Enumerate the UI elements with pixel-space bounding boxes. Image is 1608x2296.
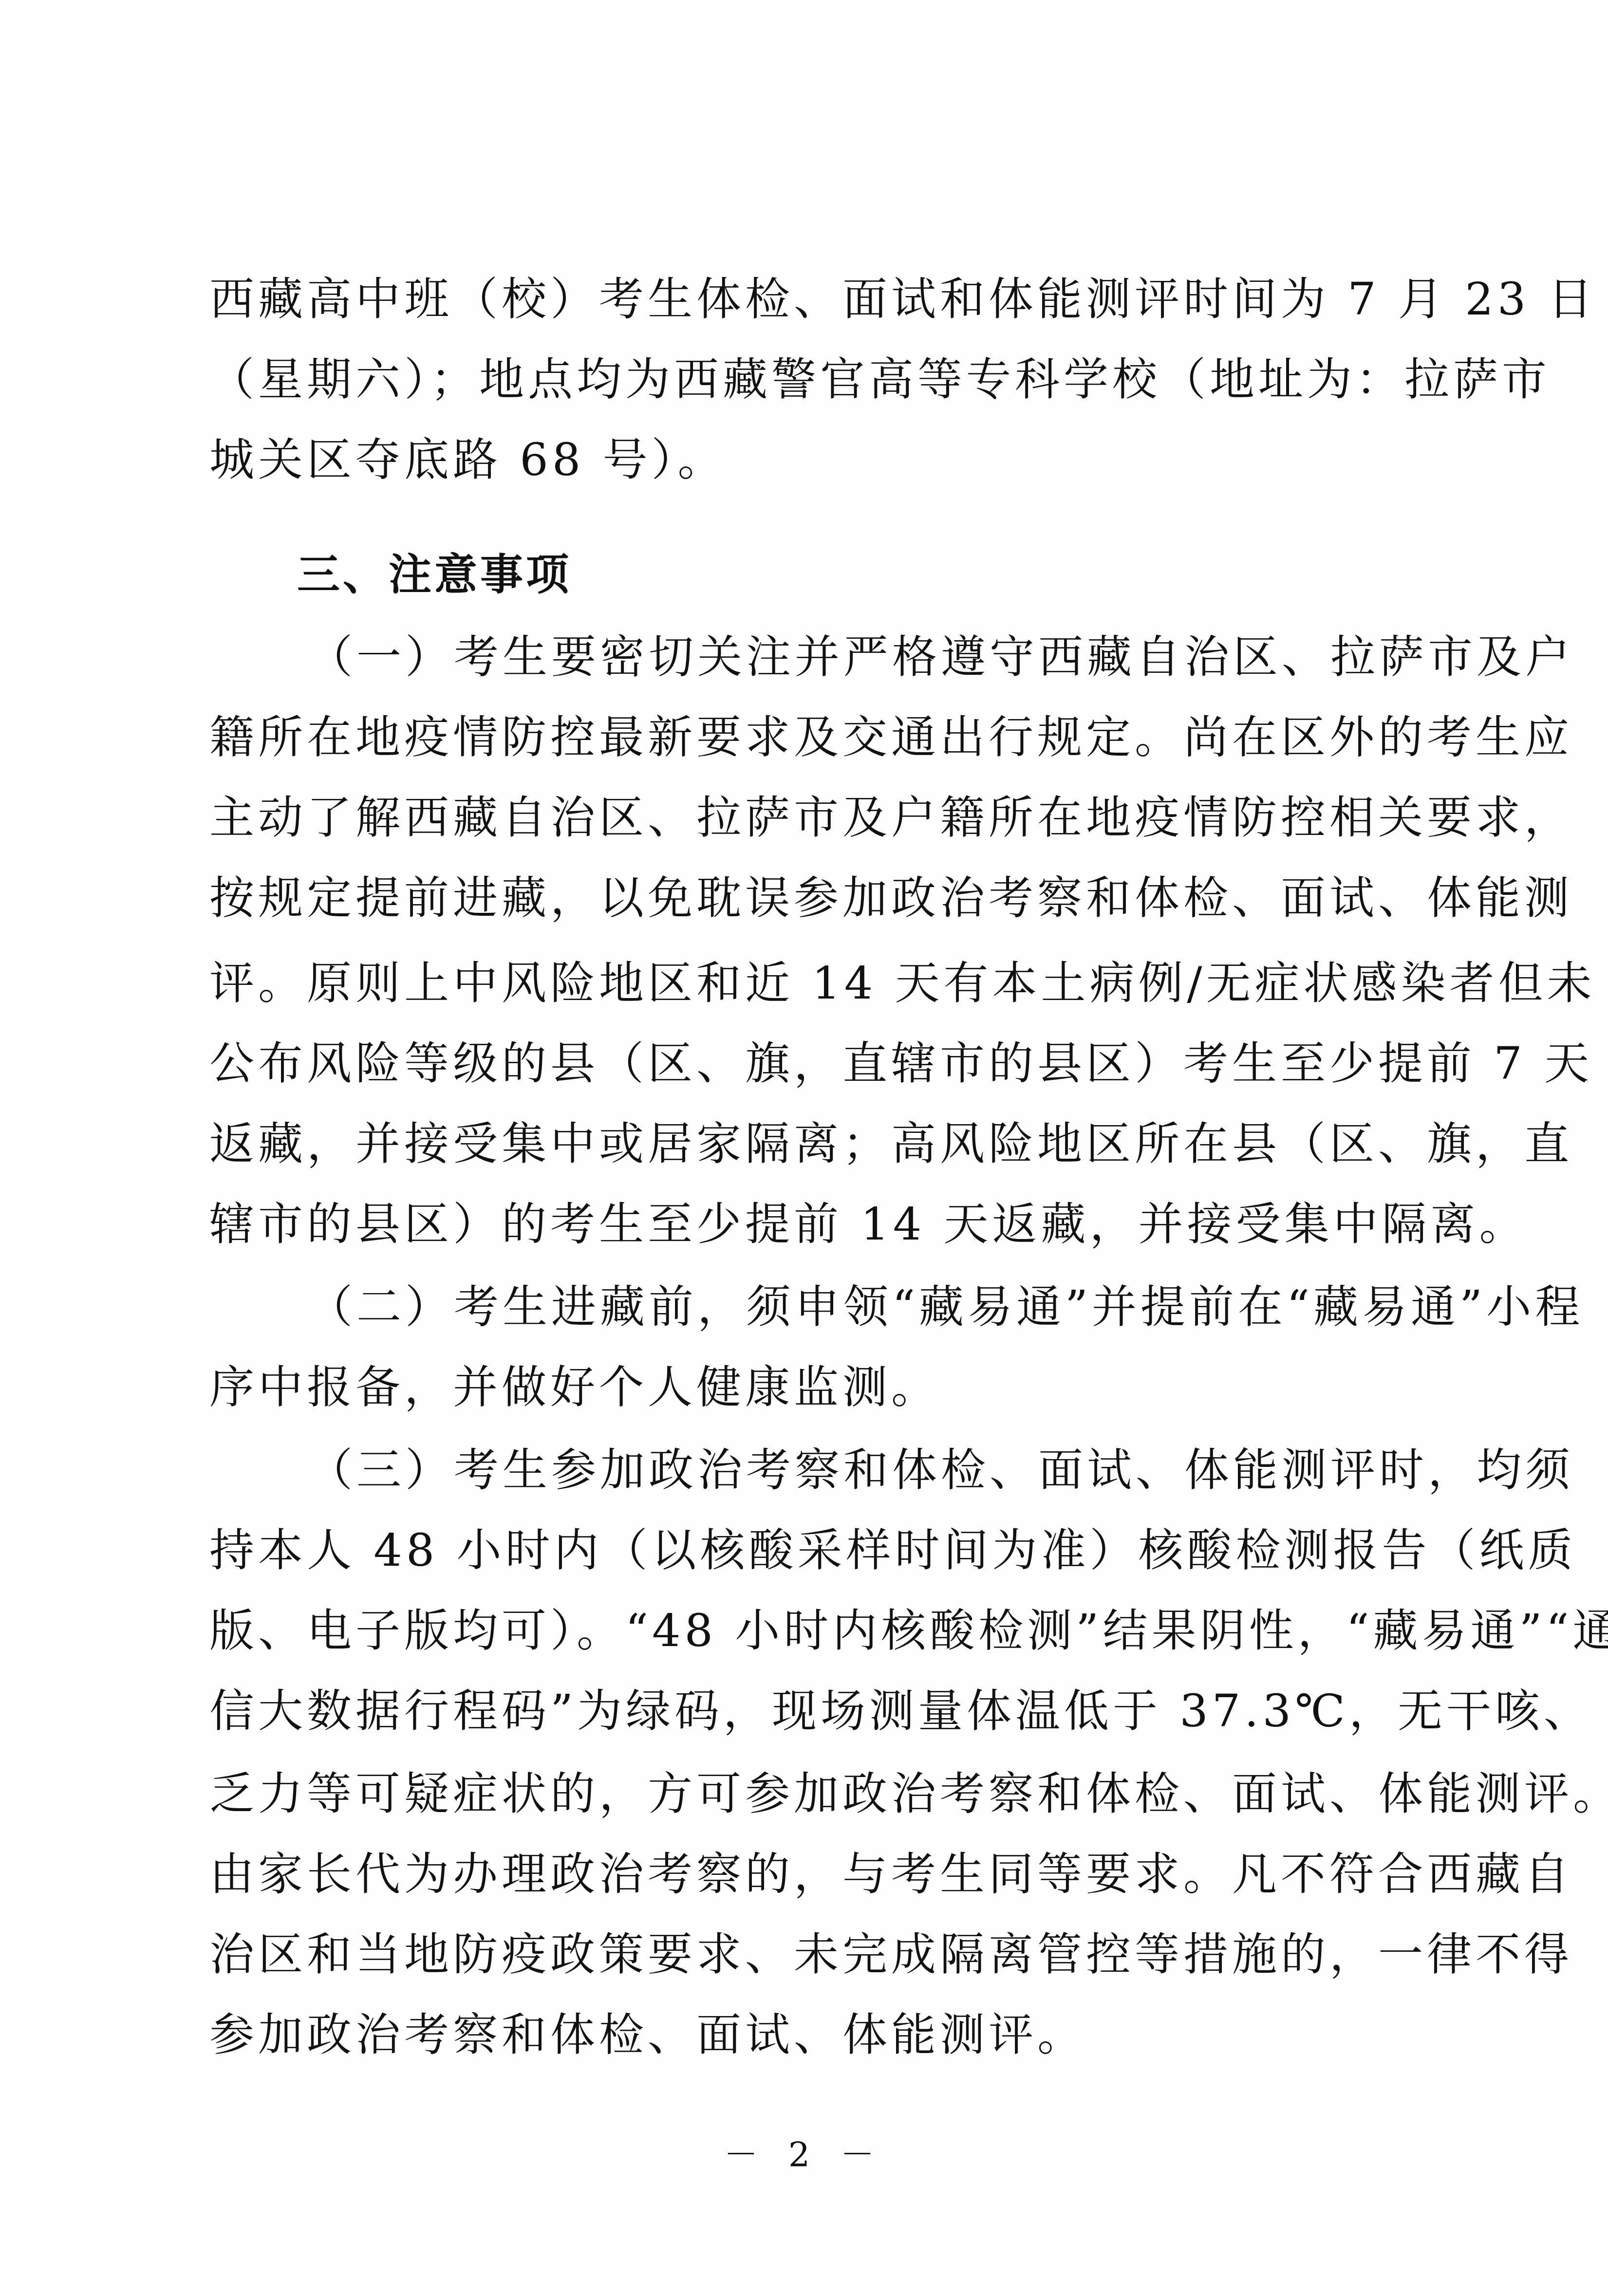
- paragraph-line: 信大数据行程码”为绿码，现场测量体温低于 37.3℃，无干咳、: [209, 1682, 1402, 1741]
- paragraph-line: 版、电子版均可）。“48 小时内核酸检测”结果阴性，“藏易通”“通: [209, 1602, 1402, 1660]
- paragraph-line: 治区和当地防疫政策要求、未完成隔离管控等措施的，一律不得: [209, 1926, 1402, 1984]
- section-heading: 三、注意事项: [297, 545, 572, 604]
- paragraph-line: 序中报备，并做好个人健康监测。: [209, 1358, 1402, 1417]
- paragraph-line: 持本人 48 小时内（以核酸采样时间为准）核酸检测报告（纸质: [209, 1521, 1402, 1580]
- paragraph-line: 西藏高中班（校）考生体检、面试和体能测评时间为 7 月 23 日: [209, 270, 1402, 329]
- paragraph-line: （二）考生进藏前，须申领“藏易通”并提前在“藏易通”小程: [308, 1278, 1402, 1336]
- paragraph-line: 评。原则上中风险地区和近 14 天有本土病例/无症状感染者但未: [209, 954, 1402, 1013]
- paragraph-line: （星期六）；地点均为西藏警官高等专科学校（地址为：拉萨市: [209, 351, 1402, 409]
- paragraph-line: 乏力等可疑症状的，方可参加政治考察和体检、面试、体能测评。: [209, 1765, 1402, 1823]
- paragraph-line: （三）考生参加政治考察和体检、面试、体能测评时，均须: [308, 1441, 1402, 1500]
- paragraph-line: 公布风险等级的县（区、旗，直辖市的县区）考生至少提前 7 天: [209, 1035, 1402, 1093]
- paragraph-line: 主动了解西藏自治区、拉萨市及户籍所在地疫情防控相关要求，: [209, 789, 1402, 847]
- document-page: 西藏高中班（校）考生体检、面试和体能测评时间为 7 月 23 日 （星期六）；地…: [0, 0, 1608, 2296]
- paragraph-line: 返藏，并接受集中或居家隔离；高风险地区所在县（区、旗，直: [209, 1115, 1402, 1173]
- paragraph-line: 辖市的县区）的考生至少提前 14 天返藏，并接受集中隔离。: [209, 1195, 1402, 1254]
- paragraph-line: 按规定提前进藏，以免耽误参加政治考察和体检、面试、体能测: [209, 869, 1402, 927]
- paragraph-line: （一）考生要密切关注并严格遵守西藏自治区、拉萨市及户: [308, 628, 1402, 686]
- paragraph-line: 由家长代为办理政治考察的，与考生同等要求。凡不符合西藏自: [209, 1845, 1402, 1904]
- paragraph-line: 城关区夺底路 68 号）。: [209, 431, 1402, 489]
- paragraph-line: 参加政治考察和体检、面试、体能测评。: [209, 2006, 1402, 2064]
- page-number: － 2 －: [0, 2128, 1608, 2177]
- paragraph-line: 籍所在地疫情防控最新要求及交通出行规定。尚在区外的考生应: [209, 708, 1402, 767]
